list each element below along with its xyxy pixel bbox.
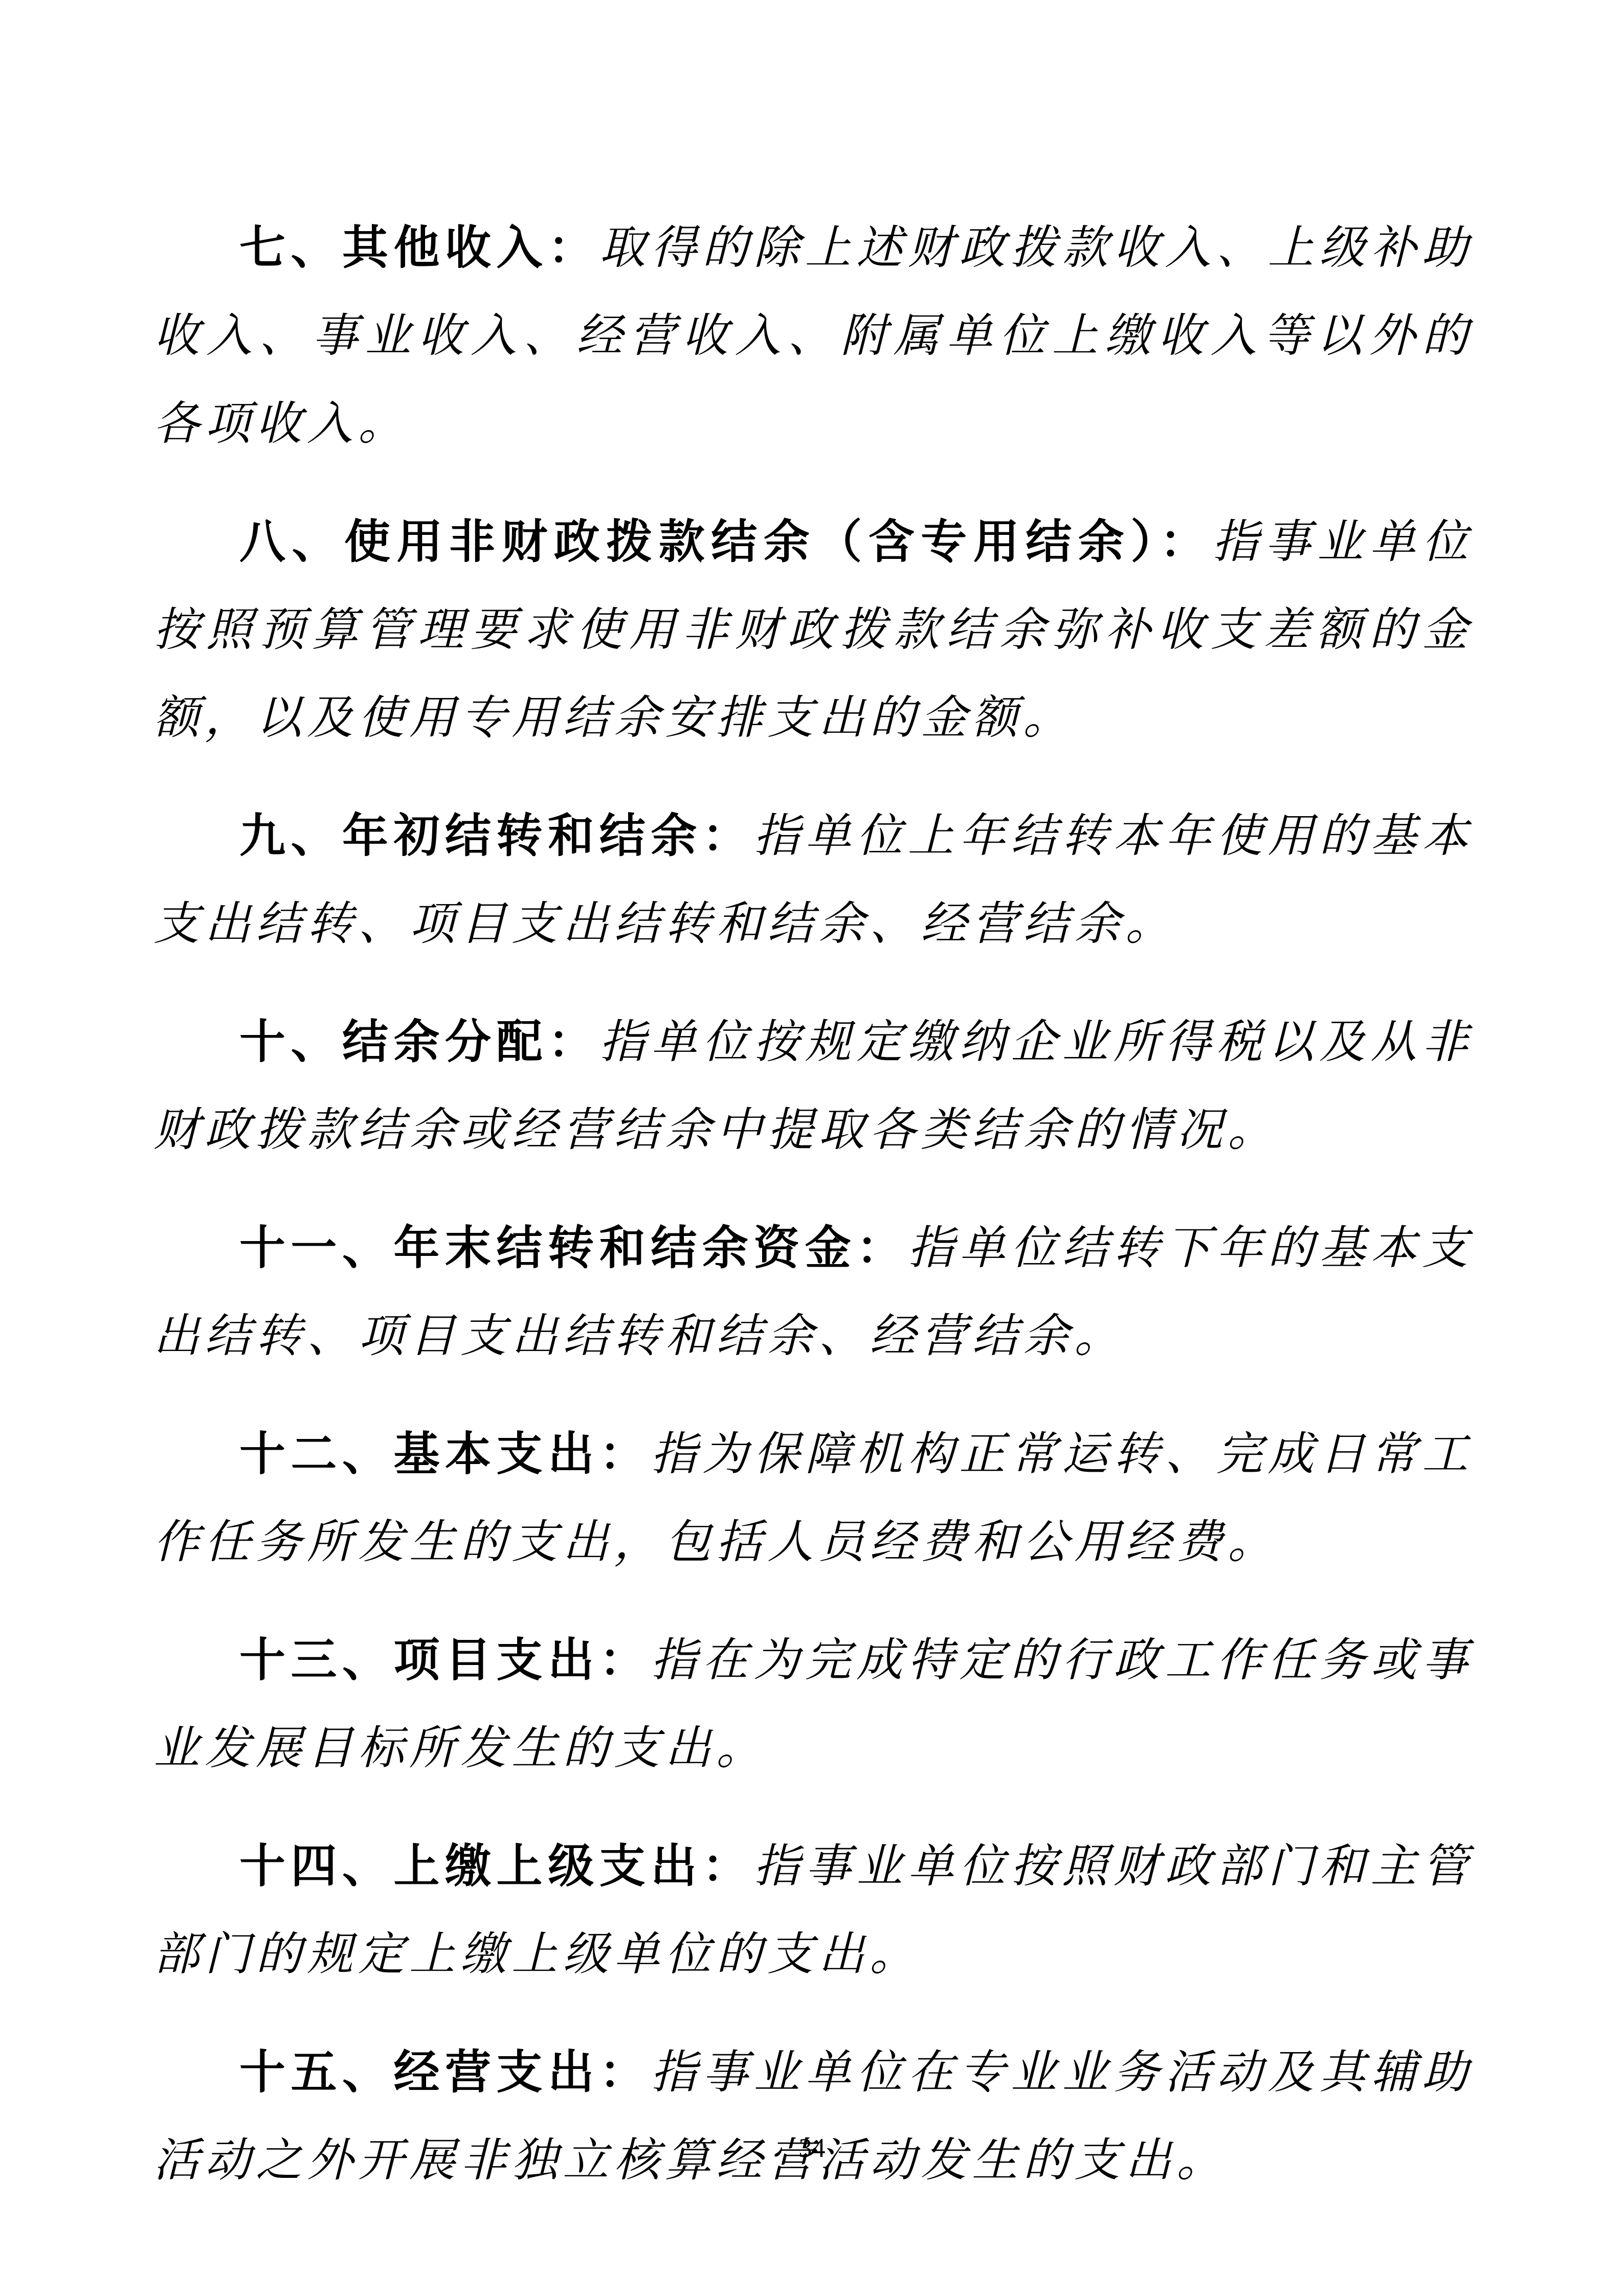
term-heading: 十四、上缴上级支出： [239,1841,753,1892]
term-heading: 七、其他收入： [239,222,599,274]
paragraph-year-begin-carryover: 九、年初结转和结余：指单位上年结转本年使用的基本支出结转、项目支出结转和结余、经… [153,792,1473,969]
term-heading: 八、使用非财政拨款结余（含专用结余）： [239,516,1212,568]
paragraph-operating-expenditure: 十五、经营支出：指事业单位在专业业务活动及其辅助活动之外开展非独立核算经营活动发… [153,2029,1473,2205]
term-heading: 十、结余分配： [239,1017,599,1068]
document-page: 七、其他收入：取得的除上述财政拨款收入、上级补助收入、事业收入、经营收入、附属单… [0,0,1624,2296]
term-heading: 十一、年末结转和结余资金： [239,1223,908,1274]
paragraph-project-expenditure: 十三、项目支出：指在为完成特定的行政工作任务或事业发展目标所发生的支出。 [153,1616,1473,1793]
term-heading: 十二、基本支出： [239,1429,651,1480]
paragraph-non-fiscal-surplus-use: 八、使用非财政拨款结余（含专用结余）：指事业单位按照预算管理要求使用非财政拨款结… [153,498,1473,762]
paragraph-year-end-carryover-funds: 十一、年末结转和结余资金：指单位结转下年的基本支出结转、项目支出结转和结余、经营… [153,1204,1473,1381]
paragraph-remit-superior-expenditure: 十四、上缴上级支出：指事业单位按照财政部门和主管部门的规定上缴上级单位的支出。 [153,1822,1473,1999]
document-content: 七、其他收入：取得的除上述财政拨款收入、上级补助收入、事业收入、经营收入、附属单… [153,204,1473,2205]
term-heading: 十五、经营支出： [239,2047,651,2098]
paragraph-other-income: 七、其他收入：取得的除上述财政拨款收入、上级补助收入、事业收入、经营收入、附属单… [153,204,1473,468]
term-heading: 九、年初结转和结余： [239,811,753,862]
paragraph-surplus-distribution: 十、结余分配：指单位按规定缴纳企业所得税以及从非财政拨款结余或经营结余中提取各类… [153,998,1473,1175]
term-heading: 十三、项目支出： [239,1635,651,1686]
page-number: 34 [0,2133,1624,2164]
paragraph-basic-expenditure: 十二、基本支出：指为保障机构正常运转、完成日常工作任务所发生的支出，包括人员经费… [153,1410,1473,1587]
